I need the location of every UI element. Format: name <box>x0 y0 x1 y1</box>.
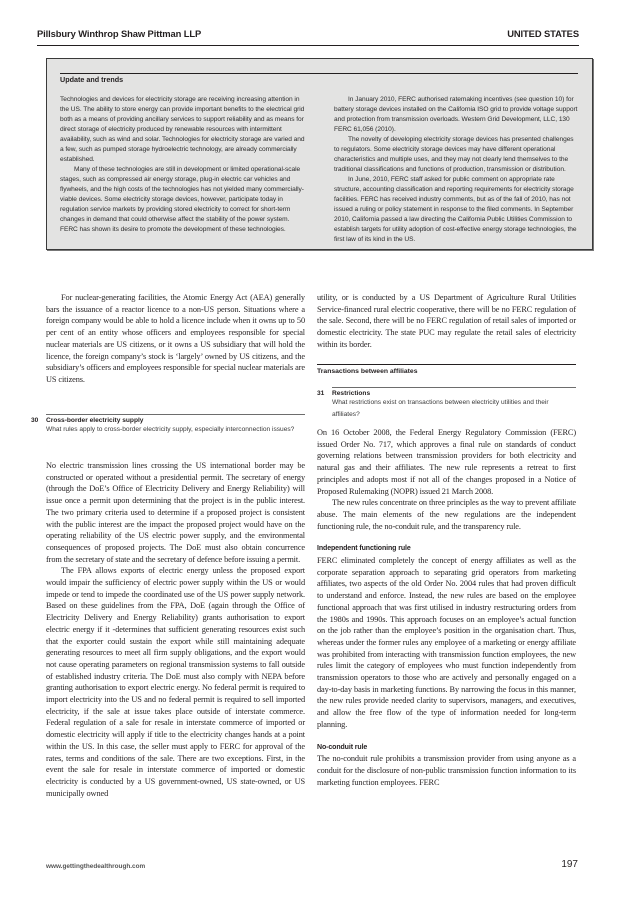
update-and-trends-box: Update and trends Technologies and devic… <box>46 58 593 250</box>
body-paragraph: For nuclear-generating facilities, the A… <box>46 292 305 386</box>
body-paragraph: On 16 October 2008, the Federal Energy R… <box>317 427 576 497</box>
right-continuation: utility, or is conducted by a US Departm… <box>317 292 576 351</box>
footer-url-link[interactable]: www.gettingthedealthrough.com <box>46 863 145 870</box>
firm-name: Pillsbury Winthrop Shaw Pittman LLP <box>37 28 201 39</box>
body-paragraph: The no-conduit rule prohibits a transmis… <box>317 753 576 788</box>
body-paragraph: FERC eliminated completely the concept o… <box>317 555 576 731</box>
question-title: Cross-border electricity supply <box>46 417 143 424</box>
box-paragraph: Many of these technologies are still in … <box>60 165 306 235</box>
subsection-title: No-conduit rule <box>317 742 576 754</box>
body-paragraph: The FPA allows exports of electric energ… <box>46 565 305 799</box>
question-title: Restrictions <box>332 390 370 397</box>
box-left-column: Technologies and devices for electricity… <box>60 95 306 235</box>
question-30: 30 Cross-border electricity supply What … <box>31 414 305 436</box>
right-answer: On 16 October 2008, the Federal Energy R… <box>317 427 576 788</box>
question-number: 30 <box>31 417 46 424</box>
question-rule <box>46 414 305 415</box>
running-header: Pillsbury Winthrop Shaw Pittman LLP UNIT… <box>37 26 579 46</box>
question-text: What rules apply to cross-border electri… <box>46 424 305 436</box>
box-paragraph: The novelty of developing electricity st… <box>334 135 580 175</box>
left-intro: For nuclear-generating facilities, the A… <box>46 292 305 386</box>
box-rule <box>60 73 578 74</box>
box-right-column: In January 2010, FERC authorised ratemak… <box>334 95 580 245</box>
left-answer: No electric transmission lines crossing … <box>46 460 305 799</box>
question-text: What restrictions exist on transactions … <box>332 397 576 420</box>
box-paragraph: Technologies and devices for electricity… <box>60 95 306 165</box>
box-title: Update and trends <box>60 75 123 84</box>
body-paragraph: No electric transmission lines crossing … <box>46 460 305 565</box>
box-paragraph: In January 2010, FERC authorised ratemak… <box>334 95 580 135</box>
section-heading: Transactions between affiliates <box>317 364 576 375</box>
question-rule <box>332 387 576 388</box>
body-paragraph: utility, or is conducted by a US Departm… <box>317 292 576 351</box>
country-label: UNITED STATES <box>507 28 579 39</box>
subsection-title: Independent functioning rule <box>317 543 576 555</box>
section-rule <box>317 364 576 365</box>
body-paragraph: The new rules concentrate on three princ… <box>317 497 576 532</box>
box-paragraph: In June, 2010, FERC staff asked for publ… <box>334 175 580 245</box>
question-number: 31 <box>317 390 332 397</box>
question-31: 31 Restrictions What restrictions exist … <box>317 387 576 420</box>
page-number: 197 <box>561 859 578 870</box>
section-title: Transactions between affiliates <box>317 368 576 375</box>
